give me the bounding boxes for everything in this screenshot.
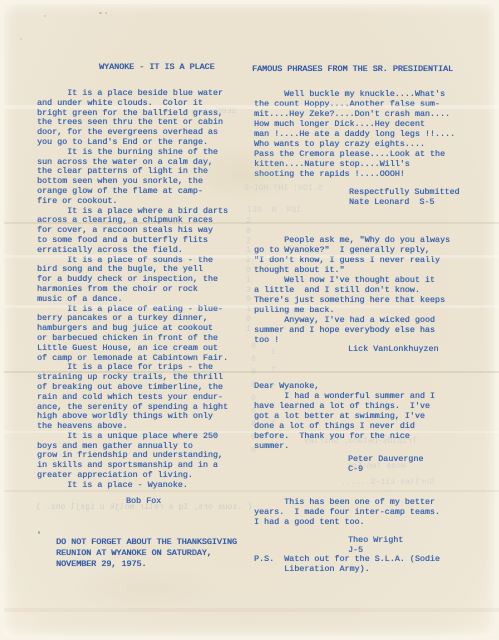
- bleedthrough-text: S.IOH: IH?.HOI-S: [244, 184, 323, 194]
- left-article-title: WYANOKE - IT IS A PLACE: [99, 63, 215, 73]
- bleedthrough-text: SE8S .ESS: [192, 107, 236, 117]
- paper-speck: [20, 38, 22, 40]
- phrases-submission-credit: Respectfully Submitted Nate Leonard S-5: [349, 187, 460, 207]
- bleedthrough-digits: 0 0 0 0 0 0 0 0 0: [251, 340, 256, 457]
- bleedthrough-text: Hose Ten-Fox: [347, 462, 406, 472]
- newsletter-page: WYANOKE - IT IS A PLACE It is a place be…: [4, 4, 495, 636]
- bleedthrough-text: ( .sous ors, Iq a relir moljk u igsjl on…: [36, 503, 252, 513]
- famous-phrases-body: Well buckle my knuckle....What's the cou…: [254, 89, 455, 179]
- thanksgiving-reunion-notice: DO NOT FORGET ABOUT THE THANKSGIVING REU…: [56, 537, 237, 570]
- bleedthrough-text: Sorlles Lit-S......: [341, 478, 434, 488]
- bleedthrough-digits: £ f f £ f: [271, 344, 276, 434]
- letter-postscript: P.S. Watch out for the S.L.A. (Sodie Lib…: [254, 554, 440, 574]
- ink-speck: [38, 531, 40, 534]
- paper-speck: [105, 12, 107, 14]
- bleedthrough-digits: 2 0 2 1 2 0 1 3 0 1 0 1: [246, 217, 251, 335]
- camper-letter-3-signature: Theo Wright J-5: [348, 535, 403, 555]
- paper-speck: [99, 12, 102, 14]
- left-article-body: It is a place beside blue water and unde…: [37, 89, 228, 491]
- bleedthrough-text: IER N REI: [247, 206, 301, 216]
- paper-speck: [44, 15, 46, 17]
- paper-stain: [64, 564, 224, 614]
- right-article-title: FAMOUS PHRASES FROM THE SR. PRESIDENTIAL: [252, 64, 453, 74]
- camper-letter-3: This has been one of my better years. I …: [254, 497, 440, 527]
- paper-crease: [4, 608, 499, 612]
- bleedthrough-text: Triplds-Delano, Shirley: [304, 437, 417, 447]
- camper-letter-1-signature: Lick VanLonkhuyzen: [348, 344, 438, 354]
- camper-letter-1: People ask me, "Why do you always go to …: [254, 235, 450, 345]
